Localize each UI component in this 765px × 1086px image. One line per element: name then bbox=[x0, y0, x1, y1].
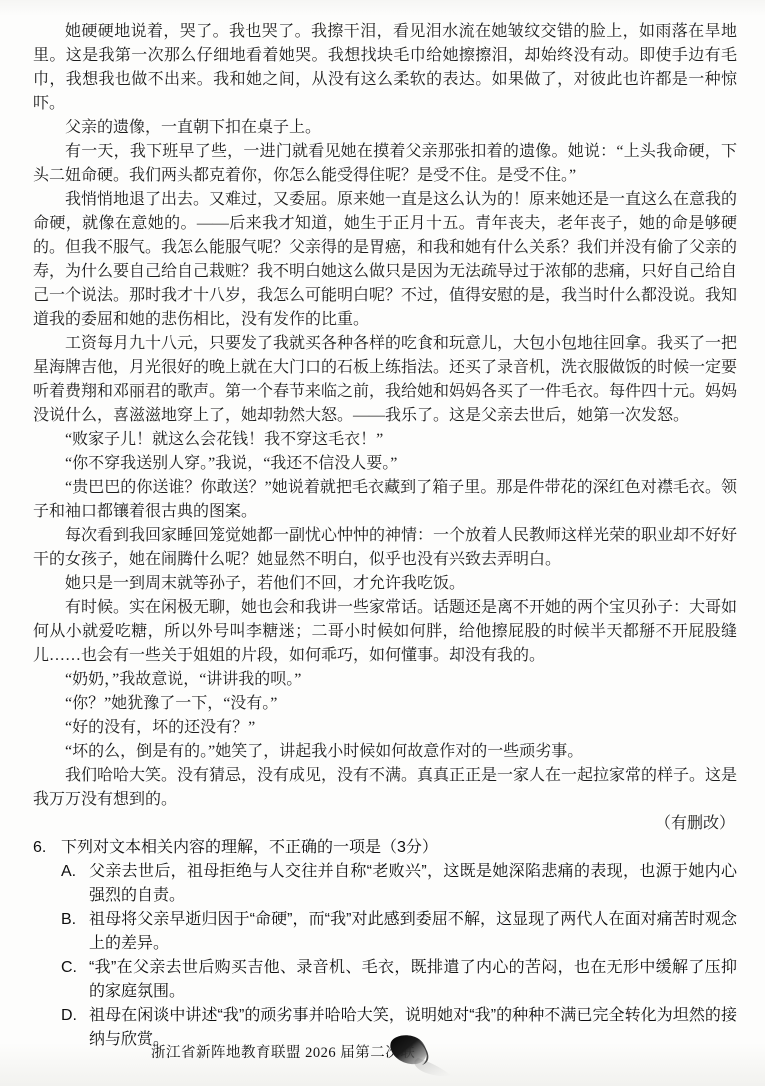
option-d-label: D. bbox=[61, 1004, 89, 1052]
page-content: 她硬硬地说着，哭了。我也哭了。我擦干泪，看见泪水流在她皱纹交错的脸上，如雨落在旱… bbox=[33, 20, 737, 1052]
passage-paragraph: 我们哈哈大笑。没有猜忌，没有成见，没有不满。真真正正是一家人在一起拉家常的样子。… bbox=[33, 764, 737, 812]
option-b: B. 祖母将父亲早逝归因于“命硬”，而“我”对此感到委屈不解，这显现了两代人在面… bbox=[33, 908, 737, 956]
option-b-label: B. bbox=[61, 908, 89, 956]
passage-attribution: （有删改） bbox=[33, 812, 737, 836]
option-a-text: 父亲去世后，祖母拒绝与人交往并自称“老败兴”，这既是她深陷悲痛的表现，也源于她内… bbox=[89, 860, 737, 908]
passage-paragraph: 有时候。实在闲极无聊，她也会和我讲一些家常话。话题还是离不开她的两个宝贝孙子：大… bbox=[33, 596, 737, 668]
passage-paragraph: “你不穿我送别人穿。”我说，“我还不信没人要。” bbox=[33, 452, 737, 476]
question-stem-row: 6. 下列对文本相关内容的理解，不正确的一项是（3分） bbox=[33, 836, 737, 860]
reading-passage: 她硬硬地说着，哭了。我也哭了。我擦干泪，看见泪水流在她皱纹交错的脸上，如雨落在旱… bbox=[33, 20, 737, 836]
passage-paragraph: “好的没有，坏的还没有？” bbox=[33, 716, 737, 740]
question-number: 6. bbox=[33, 836, 61, 860]
passage-paragraph: 每次看到我回家睡回笼觉她都一副忧心忡忡的神情：一个放着人民教师这样光荣的职业却不… bbox=[33, 524, 737, 572]
passage-paragraph: 父亲的遗像，一直朝下扣在桌子上。 bbox=[33, 116, 737, 140]
passage-paragraph: 工资每月九十八元，只要发了我就买各种各样的吃食和玩意儿，大包小包地往回拿。我买了… bbox=[33, 332, 737, 428]
passage-paragraph: 她只是一到周末就等孙子，若他们不回，才允许我吃饭。 bbox=[33, 572, 737, 596]
passage-paragraph: “败家子儿！就这么会花钱！我不穿这毛衣！” bbox=[33, 428, 737, 452]
passage-paragraph: “奶奶，”我故意说，“讲讲我的呗。” bbox=[33, 668, 737, 692]
passage-paragraph: “贵巴巴的你送谁？你敢送？”她说着就把毛衣藏到了箱子里。那是件带花的深红色对襟毛… bbox=[33, 476, 737, 524]
footer-exam-title: 浙江省新阵地教育联盟 2026 届第二次联 bbox=[151, 1041, 415, 1062]
passage-paragraph: 我悄悄地退了出去。又难过，又委屈。原来她一直是这么认为的！原来她还是一直这么在意… bbox=[33, 188, 737, 332]
passage-paragraph: “坏的么，倒是有的。”她笑了，讲起我小时候如何故意作对的一些顽劣事。 bbox=[33, 740, 737, 764]
option-c-label: C. bbox=[61, 956, 89, 1004]
option-c-text: “我”在父亲去世后购买吉他、录音机、毛衣，既排遣了内心的苦闷，也在无形中缓解了压… bbox=[89, 956, 737, 1004]
option-a-label: A. bbox=[61, 860, 89, 908]
exam-page: 她硬硬地说着，哭了。我也哭了。我擦干泪，看见泪水流在她皱纹交错的脸上，如雨落在旱… bbox=[0, 0, 765, 1086]
passage-paragraph: 有一天，我下班早了些，一进门就看见她在摸着父亲那张扣着的遗像。她说：“上头我命硬… bbox=[33, 140, 737, 188]
passage-paragraph: “你？”她犹豫了一下，“没有。” bbox=[33, 692, 737, 716]
question-6: 6. 下列对文本相关内容的理解，不正确的一项是（3分） A. 父亲去世后，祖母拒… bbox=[33, 836, 737, 1052]
question-stem: 下列对文本相关内容的理解，不正确的一项是（3分） bbox=[61, 836, 737, 860]
passage-paragraph: 她硬硬地说着，哭了。我也哭了。我擦干泪，看见泪水流在她皱纹交错的脸上，如雨落在旱… bbox=[33, 20, 737, 116]
option-c: C. “我”在父亲去世后购买吉他、录音机、毛衣，既排遣了内心的苦闷，也在无形中缓… bbox=[33, 956, 737, 1004]
option-a: A. 父亲去世后，祖母拒绝与人交往并自称“老败兴”，这既是她深陷悲痛的表现，也源… bbox=[33, 860, 737, 908]
option-b-text: 祖母将父亲早逝归因于“命硬”，而“我”对此感到委屈不解，这显现了两代人在面对痛苦… bbox=[89, 908, 737, 956]
